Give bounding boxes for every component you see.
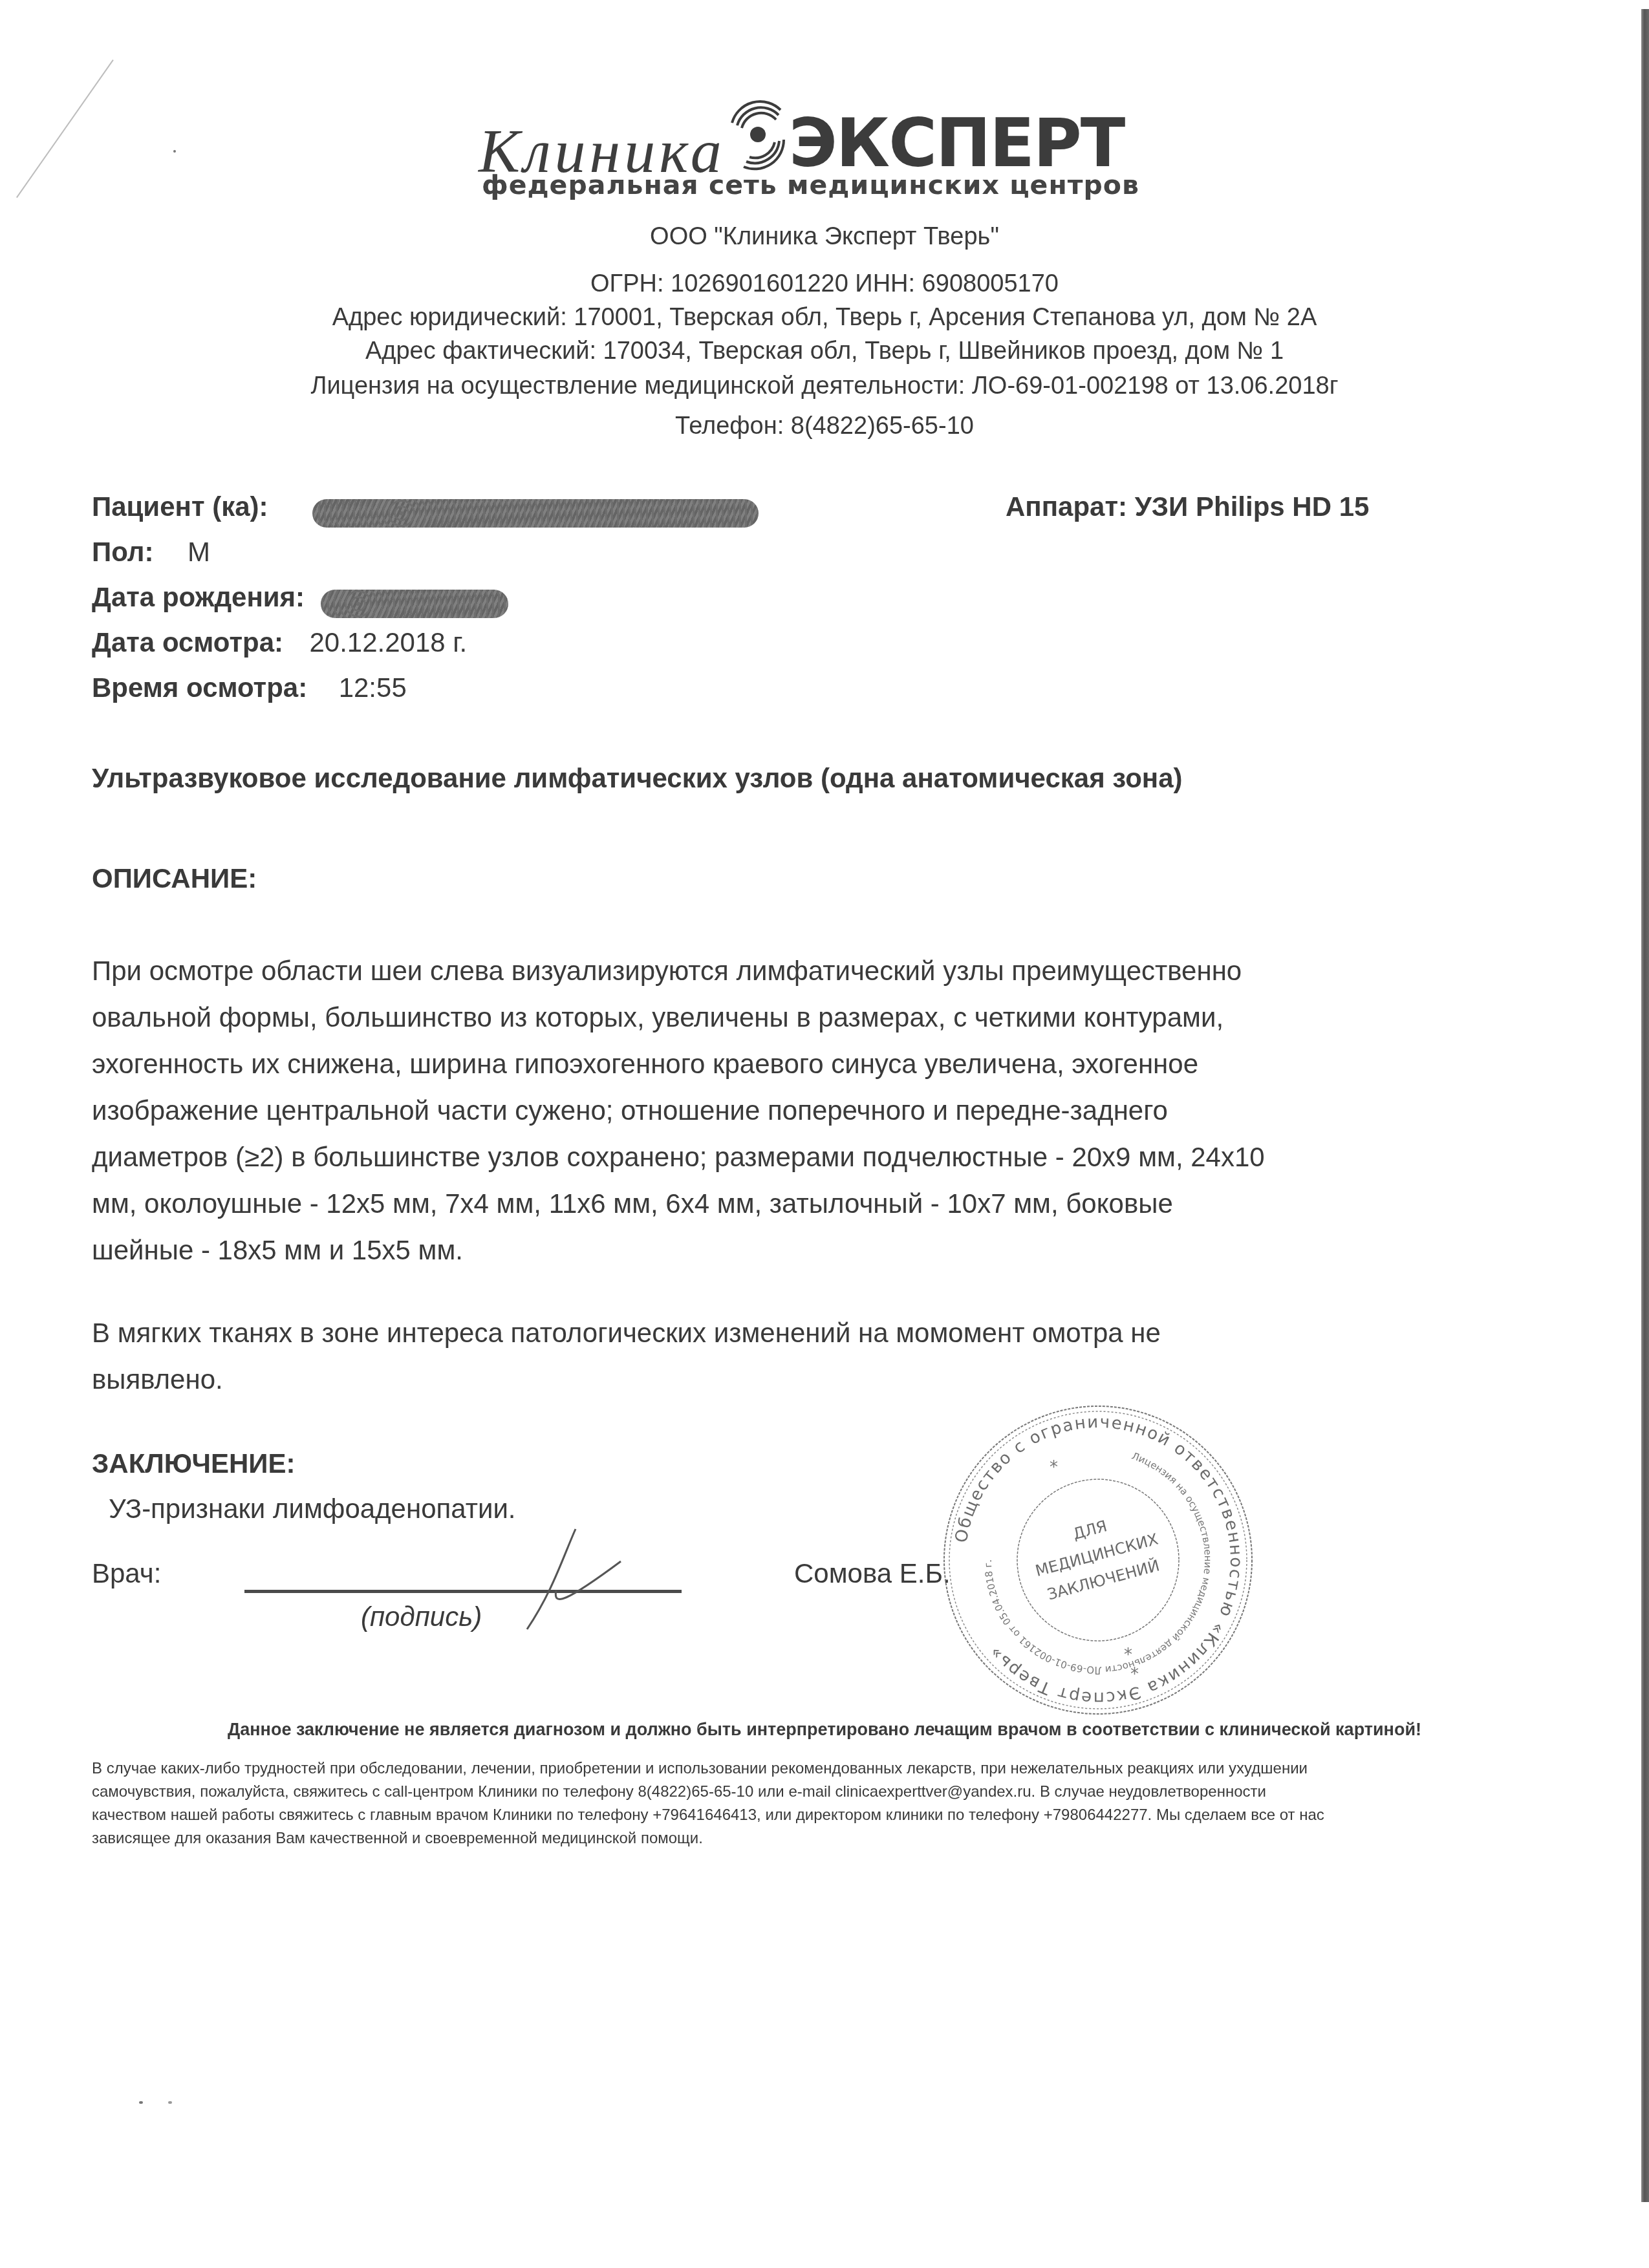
- clinic-address-legal: Адрес юридический: 170001, Тверская обл,…: [0, 304, 1649, 332]
- patient-name-label: Пациент (ка):: [92, 491, 268, 522]
- clinic-name: ООО "Клиника Эксперт Тверь": [0, 223, 1649, 251]
- scan-speck: [168, 2101, 172, 2104]
- stamp-center-line: ДЛЯ: [1071, 1517, 1109, 1543]
- description-line: изображение центральной части сужено; от…: [92, 1095, 1168, 1126]
- conclusion-heading: ЗАКЛЮЧЕНИЕ:: [92, 1448, 296, 1479]
- logo-tagline: федеральная сеть медицинских центров: [482, 169, 1139, 200]
- doctor-label: Врач:: [92, 1558, 161, 1589]
- svg-text:*: *: [1050, 1458, 1058, 1477]
- doctor-name: Сомова Е.Б.: [794, 1558, 951, 1589]
- clinic-license: Лицензия на осуществление медицинской де…: [0, 372, 1649, 400]
- description-line: В мягких тканях в зоне интереса патологи…: [92, 1318, 1161, 1349]
- description-line: эхогенность их снижена, ширина гипоэхоге…: [92, 1049, 1198, 1080]
- patient-sex-label: Пол:: [92, 537, 153, 567]
- patient-sex-row: Пол: М: [92, 537, 210, 568]
- clinic-phone: Телефон: 8(4822)65-65-10: [0, 412, 1649, 440]
- clinic-stamp-icon: Общество с ограниченной ответственностью…: [936, 1402, 1260, 1718]
- clinic-address-actual: Адрес фактический: 170034, Тверская обл,…: [0, 337, 1649, 365]
- clinic-ogrn-inn: ОГРН: 1026901601220 ИНН: 6908005170: [0, 270, 1649, 298]
- scan-speck: [139, 2101, 143, 2104]
- device-info: Аппарат: УЗИ Philips HD 15: [1006, 491, 1369, 522]
- description-line: шейные - 18х5 мм и 15х5 мм.: [92, 1235, 463, 1266]
- contact-line: самочувствия, пожалуйста, свяжитесь с ca…: [92, 1783, 1266, 1801]
- description-line: овальной формы, большинство из которых, …: [92, 1002, 1223, 1033]
- patient-sex-value: М: [188, 537, 210, 567]
- exam-date-value: 20.12.2018 г.: [309, 627, 467, 658]
- patient-name-redacted: [312, 499, 759, 528]
- description-line: диаметров (≥2) в большинстве узлов сохра…: [92, 1142, 1265, 1173]
- description-heading: ОПИСАНИЕ:: [92, 863, 257, 894]
- disclaimer: Данное заключение не является диагнозом …: [0, 1720, 1649, 1740]
- contact-line: качеством нашей работы свяжитесь с главн…: [92, 1806, 1324, 1824]
- patient-dob-redacted: [321, 590, 508, 618]
- conclusion-text: УЗ-признаки лимфоаденопатии.: [109, 1493, 516, 1524]
- description-line: выявлено.: [92, 1364, 223, 1395]
- signature-caption: (подпись): [361, 1601, 482, 1632]
- contact-line: зависящее для оказания Вам качественной …: [92, 1830, 703, 1848]
- description-line: При осмотре области шеи слева визуализир…: [92, 956, 1242, 987]
- svg-text:*: *: [1124, 1645, 1132, 1665]
- scan-speck: [173, 150, 176, 153]
- exam-time-row: Время осмотра: 12:55: [92, 672, 407, 703]
- description-line: мм, околоушные - 12х5 мм, 7х4 мм, 11х6 м…: [92, 1188, 1173, 1219]
- exam-time-label: Время осмотра:: [92, 672, 307, 703]
- svg-text:*: *: [1130, 1665, 1139, 1684]
- exam-date-label: Дата осмотра:: [92, 627, 283, 658]
- patient-dob-label: Дата рождения:: [92, 582, 305, 612]
- clinic-logo-icon: [719, 97, 797, 175]
- patient-dob-row: Дата рождения:: [92, 582, 508, 618]
- exam-time-value: 12:55: [339, 672, 407, 703]
- scan-line-artifact: [16, 59, 114, 198]
- handwritten-signature-icon: [491, 1526, 634, 1636]
- study-title: Ультразвуковое исследование лимфатически…: [92, 763, 1183, 794]
- contact-line: В случае каких-либо трудностей при обсле…: [92, 1760, 1308, 1778]
- exam-date-row: Дата осмотра: 20.12.2018 г.: [92, 627, 467, 658]
- patient-name-row: Пациент (ка):: [92, 491, 759, 528]
